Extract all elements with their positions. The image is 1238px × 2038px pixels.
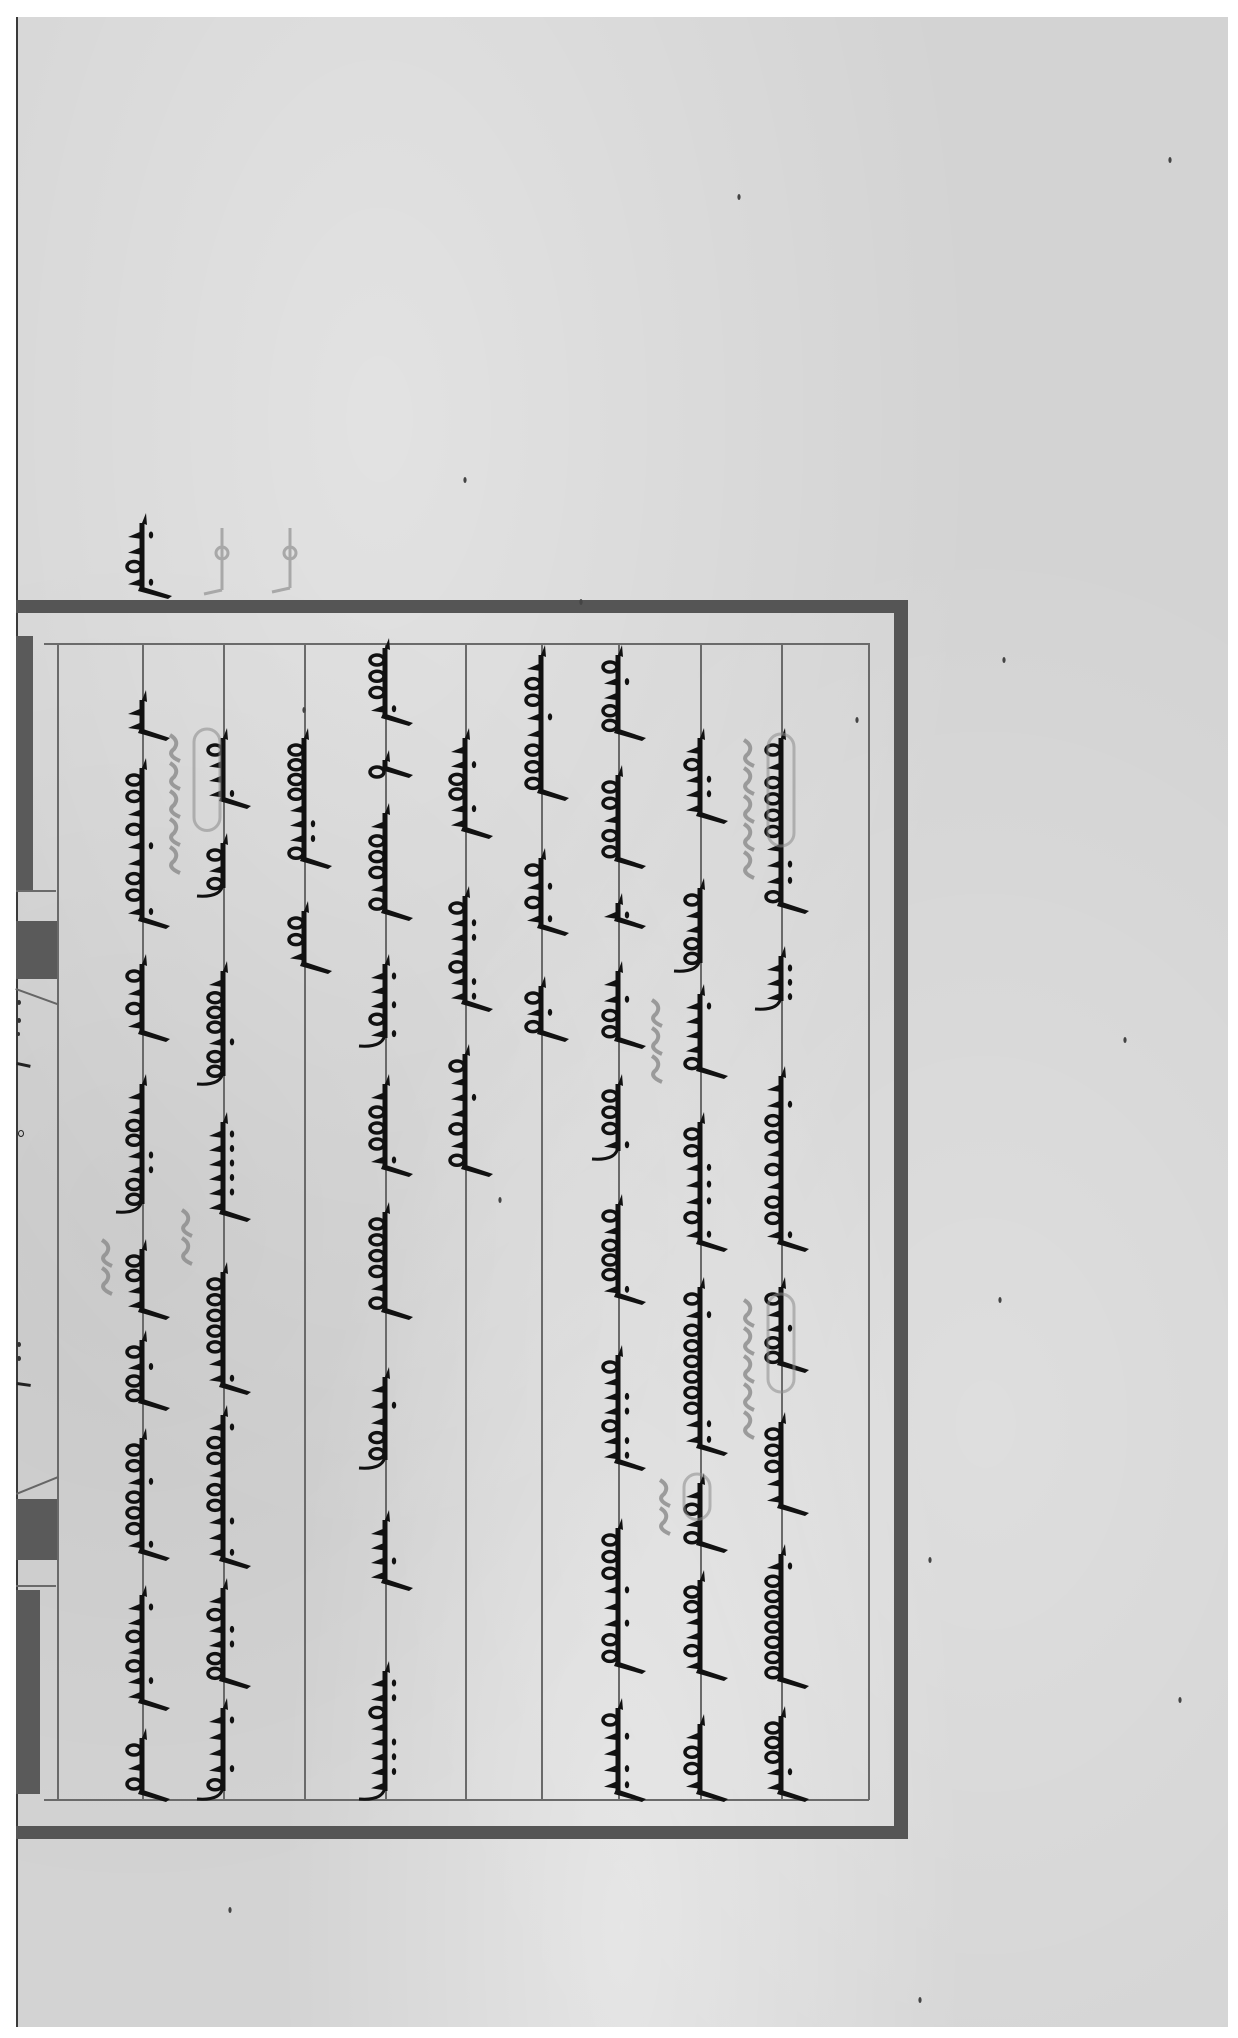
manchu-word — [603, 645, 646, 741]
manchu-word — [370, 1202, 413, 1320]
margin-manchu-word — [127, 513, 172, 599]
manchu-word — [128, 690, 170, 741]
manchu-word — [526, 976, 569, 1042]
manchu-word — [450, 1044, 493, 1177]
manchu-word — [674, 878, 705, 971]
manchu-word — [766, 1277, 809, 1373]
manchu-word — [208, 1578, 251, 1689]
paper-speck — [498, 1197, 501, 1203]
manchu-word — [289, 901, 332, 974]
manchu-word — [766, 728, 809, 914]
manchu-word — [685, 1570, 728, 1681]
paper-speck — [228, 1907, 231, 1913]
manchu-word — [371, 1510, 413, 1591]
pencil-annotation — [652, 1000, 662, 1082]
manchu-word — [766, 1066, 809, 1252]
manchu-word — [604, 893, 646, 929]
paper-speck — [463, 477, 466, 483]
manchu-word — [592, 1074, 629, 1159]
manchu-word — [450, 728, 493, 839]
paper-speck — [855, 717, 858, 723]
paper-speck — [1123, 1037, 1126, 1043]
manchu-word — [766, 1544, 809, 1689]
manchu-word — [370, 750, 413, 778]
manchu-word — [685, 728, 728, 824]
paper-speck — [579, 599, 582, 605]
paper-speck — [1168, 157, 1171, 163]
pencil-annotation — [102, 1240, 112, 1294]
manchu-word — [127, 1428, 170, 1561]
manchu-word — [208, 1262, 251, 1395]
manchu-word — [127, 954, 170, 1042]
manchu-word — [685, 1277, 728, 1456]
manchu-word — [603, 961, 646, 1049]
paper-speck — [928, 1557, 931, 1563]
manchu-word — [197, 961, 234, 1084]
manchu-word — [359, 1661, 396, 1799]
manchu-word — [766, 1706, 809, 1802]
manchu-word — [197, 1698, 234, 1799]
manchu-word — [603, 1518, 646, 1674]
manchu-word — [359, 954, 396, 1046]
manchu-word — [208, 728, 251, 809]
paper-speck — [1002, 657, 1005, 663]
manchu-word — [526, 848, 569, 936]
manchu-word — [526, 645, 569, 801]
paper-speck — [998, 1297, 1001, 1303]
manchu-word — [603, 765, 646, 869]
paper-speck — [737, 194, 740, 200]
faint-margin-mark — [204, 528, 228, 594]
pencil-annotation — [182, 1210, 192, 1264]
manchu-word — [127, 1585, 170, 1711]
manchu-word — [209, 1112, 251, 1222]
manchu-word — [450, 886, 493, 1012]
manchu-word — [603, 1698, 646, 1802]
manchu-word — [197, 833, 228, 896]
manchu-word — [127, 758, 170, 929]
manuscript-text-layer — [0, 0, 1238, 2038]
manchu-word — [127, 1728, 170, 1802]
manchu-word — [685, 1714, 728, 1802]
manchu-word — [766, 1412, 809, 1516]
pencil-annotation — [744, 734, 794, 878]
manchu-word — [208, 1405, 251, 1569]
manchu-word — [370, 638, 413, 726]
paper-speck — [302, 707, 305, 713]
manchu-word — [685, 1112, 728, 1252]
manchu-word — [370, 803, 413, 921]
manchu-word — [127, 1239, 170, 1320]
manchu-word — [755, 946, 792, 1009]
manchu-word — [685, 984, 728, 1079]
manchu-word — [603, 1345, 646, 1471]
manchu-word — [370, 1074, 413, 1177]
manchu-word — [359, 1367, 396, 1468]
manchu-word — [603, 1194, 646, 1305]
paper-speck — [1178, 1697, 1181, 1703]
paper-speck — [918, 1997, 921, 2003]
manchu-word — [289, 728, 332, 869]
faint-margin-mark — [272, 528, 296, 592]
manchu-word — [116, 1074, 153, 1212]
manchu-word — [127, 1330, 170, 1411]
manchu-word — [685, 1473, 728, 1553]
